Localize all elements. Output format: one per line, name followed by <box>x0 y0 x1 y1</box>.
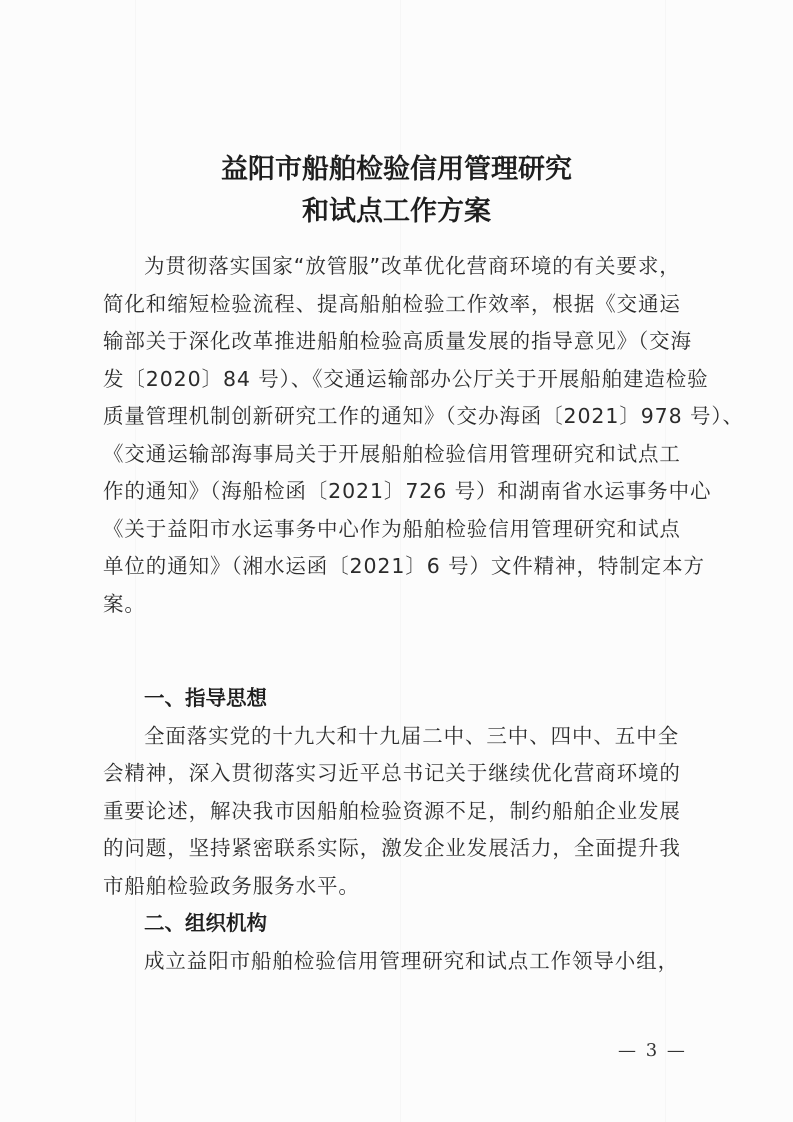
text-line: 输部关于深化改革推进船舶检验高质量发展的指导意见》（交海 <box>103 323 695 361</box>
text-line: 质量管理机制创新研究工作的通知》（交办海函〔2021〕978 号）、 <box>103 398 695 436</box>
text-line: 的问题，坚持紧密联系实际，激发企业发展活力，全面提升我 <box>103 830 695 868</box>
text-line: 单位的通知》（湘水运函〔2021〕6 号）文件精神，特制定本方 <box>103 548 695 586</box>
text-line: 《交通运输部海事局关于开展船舶检验信用管理研究和试点工 <box>103 436 695 474</box>
document-page: 益阳市船舶检验信用管理研究 和试点工作方案 为贯彻落实国家“放管服”改革优化营商… <box>0 0 793 1122</box>
intro-paragraph: 为贯彻落实国家“放管服”改革优化营商环境的有关要求， 简化和缩短检验流程、提高船… <box>103 248 695 623</box>
text-line: 发〔2020〕84 号）、《交通运输部办公厅关于开展船舶建造检验 <box>103 361 695 399</box>
text-line: 案。 <box>103 586 695 624</box>
document-title-line-1: 益阳市船舶检验信用管理研究 <box>0 150 793 190</box>
section-heading: 一、指导思想 <box>103 680 695 718</box>
text-line: 作的通知》（海船检函〔2021〕726 号）和湖南省水运事务中心 <box>103 473 695 511</box>
text-line: 简化和缩短检验流程、提高船舶检验工作效率，根据《交通运 <box>103 286 695 324</box>
text-line: 全面落实党的十九大和十九届二中、三中、四中、五中全 <box>103 718 695 756</box>
page-number: — 3 — <box>618 1040 687 1061</box>
text-line: 《关于益阳市水运事务中心作为船舶检验信用管理研究和试点 <box>103 511 695 549</box>
text-line: 成立益阳市船舶检验信用管理研究和试点工作领导小组， <box>103 943 695 981</box>
section-heading: 二、组织机构 <box>103 905 695 943</box>
document-title-line-2: 和试点工作方案 <box>0 192 793 232</box>
section-organization: 二、组织机构 成立益阳市船舶检验信用管理研究和试点工作领导小组， <box>103 905 695 980</box>
section-guiding-ideology: 一、指导思想 全面落实党的十九大和十九届二中、三中、四中、五中全 会精神，深入贯… <box>103 680 695 905</box>
text-line: 会精神，深入贯彻落实习近平总书记关于继续优化营商环境的 <box>103 755 695 793</box>
text-line: 重要论述，解决我市因船舶检验资源不足，制约船舶企业发展 <box>103 793 695 831</box>
text-line: 市船舶检验政务服务水平。 <box>103 868 695 906</box>
text-line: 为贯彻落实国家“放管服”改革优化营商环境的有关要求， <box>103 248 695 286</box>
